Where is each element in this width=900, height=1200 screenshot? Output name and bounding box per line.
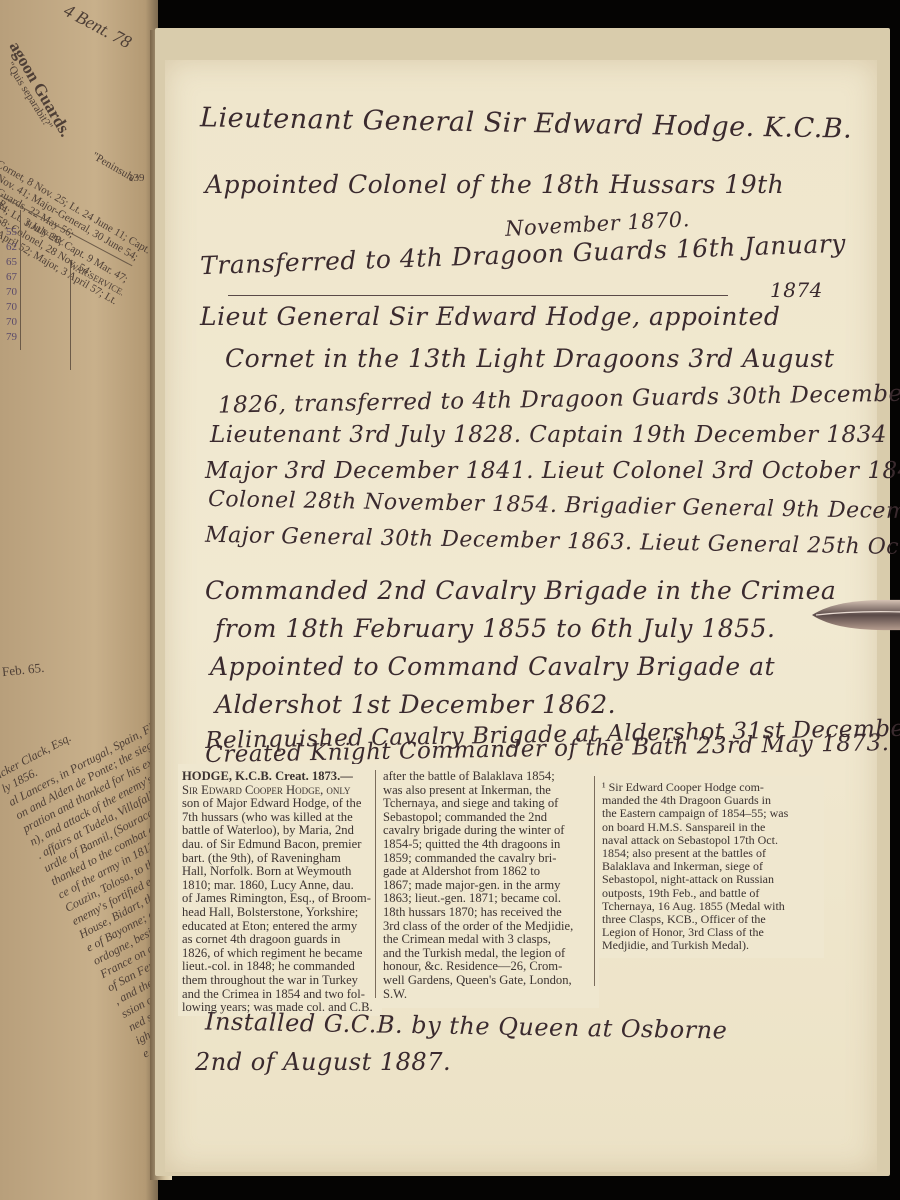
left-page-number: 139 [128,172,145,184]
clipping-line: head Hall, Bolsterstone, Yorkshire; [182,906,378,920]
clipping-line: the Eastern campaign of 1854–55; was [602,807,820,820]
clipping-line: ¹ Sir Edward Cooper Hodge com- [602,781,820,794]
pencil-annotation: 4 Bent. 78 [60,0,135,53]
clipping-line: after the battle of Balaklava 1854; [383,770,595,784]
clipping-line: 1863; lieut.-gen. 1871; became col. [383,892,595,906]
year: 65 [6,255,17,270]
clipping-line: and the Turkish medal, the legion of [383,947,595,961]
clipping-line: gade at Aldershot from 1862 to [383,865,595,879]
clipping-line: 1854; also present at the battles of [602,847,820,860]
handwritten-line: 1874 [770,278,823,302]
clipping-line: 1826, of which regiment he became [182,947,378,961]
handwritten-line: Lieut General Sir Edward Hodge, appointe… [200,302,780,331]
clipping-line: Legion of Honor, 3rd Class of the [602,926,820,939]
clipping-line: cavalry brigade during the winter of [383,824,595,838]
clipping-line: Hall, Norfolk. Born at Weymouth [182,865,378,879]
handwritten-line: 2nd of August 1887. [195,1048,451,1076]
year: 79 [6,330,17,345]
year: 67 [6,270,17,285]
left-page-body: acker Clack, Esq. ly 1856. al Lancers, i… [0,666,158,1128]
handwritten-line: Major 3rd December 1841. Lieut Colonel 3… [205,458,900,484]
metal-pointer-icon [812,596,900,634]
clipping-line: bart. (the 9th), of Raveningham [182,852,378,866]
clipping-peerage-continued: after the battle of Balaklava 1854; was … [379,764,599,1008]
clipping-line: manded the 4th Dragoon Guards in [602,794,820,807]
clipping-line: three Clasps, KCB., Officer of the [602,913,820,926]
clipping-line: dau. of Sir Edmund Bacon, premier [182,838,378,852]
clipping-line: Sebastopol; commanded the 2nd [383,811,595,825]
clipping-line: Tchernaya, and siege and taking of [383,797,595,811]
handwritten-line: Appointed Colonel of the 18th Hussars 19… [205,170,784,199]
marginal-note: Feb. 65. [1,660,45,680]
clipping-line: them throughout the war in Turkey [182,974,378,988]
clipping-line: educated at Eton; entered the army [182,920,378,934]
left-facing-page: 4 Bent. 78 agoon Guards. "Quis separabit… [0,0,158,1200]
column-rule [594,776,595,986]
clipping-line: 1867; made major-gen. in the army [383,879,595,893]
clipping-line: of James Rimington, Esq., of Broom- [182,892,378,906]
years-column: 55 62 65 67 70 70 70 79 [6,225,17,345]
clipping-line: naval attack on Sebastopol 17th Oct. [602,834,820,847]
divider-rule [228,295,728,296]
year: 70 [6,315,17,330]
clipping-footnote: ¹ Sir Edward Cooper Hodge com- manded th… [598,776,824,958]
clipping-line: as cornet 4th dragoon guards in [182,933,378,947]
handwritten-line: Appointed to Command Cavalry Brigade at [210,652,775,681]
clipping-line: 3rd class of the order of the Medjidie, [383,920,595,934]
clipping-line: on board H.M.S. Sanspareil in the [602,821,820,834]
clipping-peerage-entry: HODGE, K.C.B. Creat. 1873.— Sir Edward C… [178,764,382,1016]
clipping-line: 1810; mar. 1860, Lucy Anne, dau. [182,879,378,893]
clipping-line: was also present at Inkerman, the [383,784,595,798]
clipping-line: honour, &c. Residence—26, Crom- [383,960,595,974]
handwritten-line: Commanded 2nd Cavalry Brigade in the Cri… [205,576,836,605]
clipping-line: and the Crimea in 1854 and two fol- [182,988,378,1002]
column-rule [375,770,376,998]
year: 62 [6,240,17,255]
year: 70 [6,300,17,315]
year: 55 [6,225,17,240]
clipping-line: lieut.-col. in 1848; he commanded [182,960,378,974]
handwritten-line: Cornet in the 13th Light Dragoons 3rd Au… [225,344,834,373]
clipping-line: 7th hussars (who was killed at the [182,811,378,825]
table-rule [70,260,71,370]
clipping-line: battle of Waterloo), by Maria, 2nd [182,824,378,838]
clipping-line: Tchernaya, 16 Aug. 1855 (Medal with [602,900,820,913]
clipping-line: well Gardens, Queen's Gate, London, [383,974,595,988]
clipping-line: the Crimean medal with 3 clasps, [383,933,595,947]
clipping-line: S.W. [383,988,595,1002]
handwritten-line: Lieutenant 3rd July 1828. Captain 19th D… [210,422,887,448]
handwritten-line: Aldershot 1st December 1862. [215,690,616,719]
clipping-line: 1859; commanded the cavalry bri- [383,852,595,866]
clipping-line: HODGE, K.C.B. Creat. 1873.— [182,770,378,784]
clipping-line: 1854-5; quitted the 4th dragoons in [383,838,595,852]
clipping-line: outposts, 19th Feb., and battle of [602,887,820,900]
clipping-line: Sebastopol, night-attack on Russian [602,873,820,886]
clipping-line: son of Major Edward Hodge, of the [182,797,378,811]
table-rule [20,210,21,350]
clipping-line: Medjidie, and Turkish Medal). [602,939,820,952]
clipping-line: Sir Edward Cooper Hodge, only [182,784,378,798]
clipping-line: Balaklava and Inkerman, siege of [602,860,820,873]
clipping-line: 18th hussars 1870; has received the [383,906,595,920]
handwritten-line: from 18th February 1855 to 6th July 1855… [215,614,775,643]
year: 70 [6,285,17,300]
